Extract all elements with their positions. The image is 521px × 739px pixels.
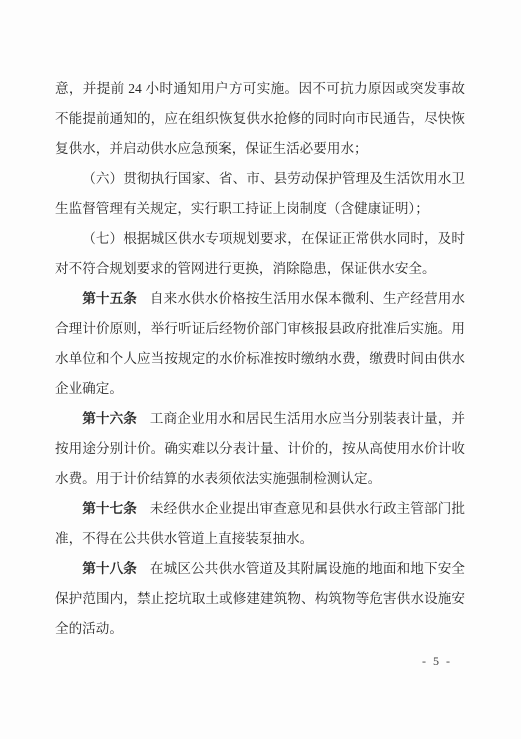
paragraph: 第十六条工商企业用水和居民生活用水应当分别装表计量，并按用途分别计价。确实难以分…: [55, 404, 465, 494]
paragraph: （七）根据城区供水专项规划要求，在保证正常供水同时，及时对不符合规划要求的管网进…: [55, 224, 465, 284]
article-number: 第十五条: [82, 291, 137, 306]
document-body: 意，并提前 24 小时通知用户方可实施。因不可抗力原因或突发事故不能提前通知的，…: [55, 74, 465, 644]
paragraph: （六）贯彻执行国家、省、市、县劳动保护管理及生活饮用水卫生监督管理有关规定，实行…: [55, 164, 465, 224]
article-number: 第十八条: [82, 561, 137, 576]
article-number: 第十七条: [82, 501, 137, 516]
article-number: 第十六条: [82, 411, 137, 426]
page-number: - 5 -: [422, 654, 452, 669]
paragraph: 第十八条在城区公共供水管道及其附属设施的地面和地下安全保护范围内，禁止挖坑取土或…: [55, 554, 465, 644]
paragraph: 第十五条自来水供水价格按生活用水保本微利、生产经营用水合理计价原则，举行听证后经…: [55, 284, 465, 404]
paragraph: 意，并提前 24 小时通知用户方可实施。因不可抗力原因或突发事故不能提前通知的，…: [55, 74, 465, 164]
paragraph: 第十七条未经供水企业提出审查意见和县供水行政主管部门批准，不得在公共供水管道上直…: [55, 494, 465, 554]
document-page: 意，并提前 24 小时通知用户方可实施。因不可抗力原因或突发事故不能提前通知的，…: [0, 0, 521, 739]
